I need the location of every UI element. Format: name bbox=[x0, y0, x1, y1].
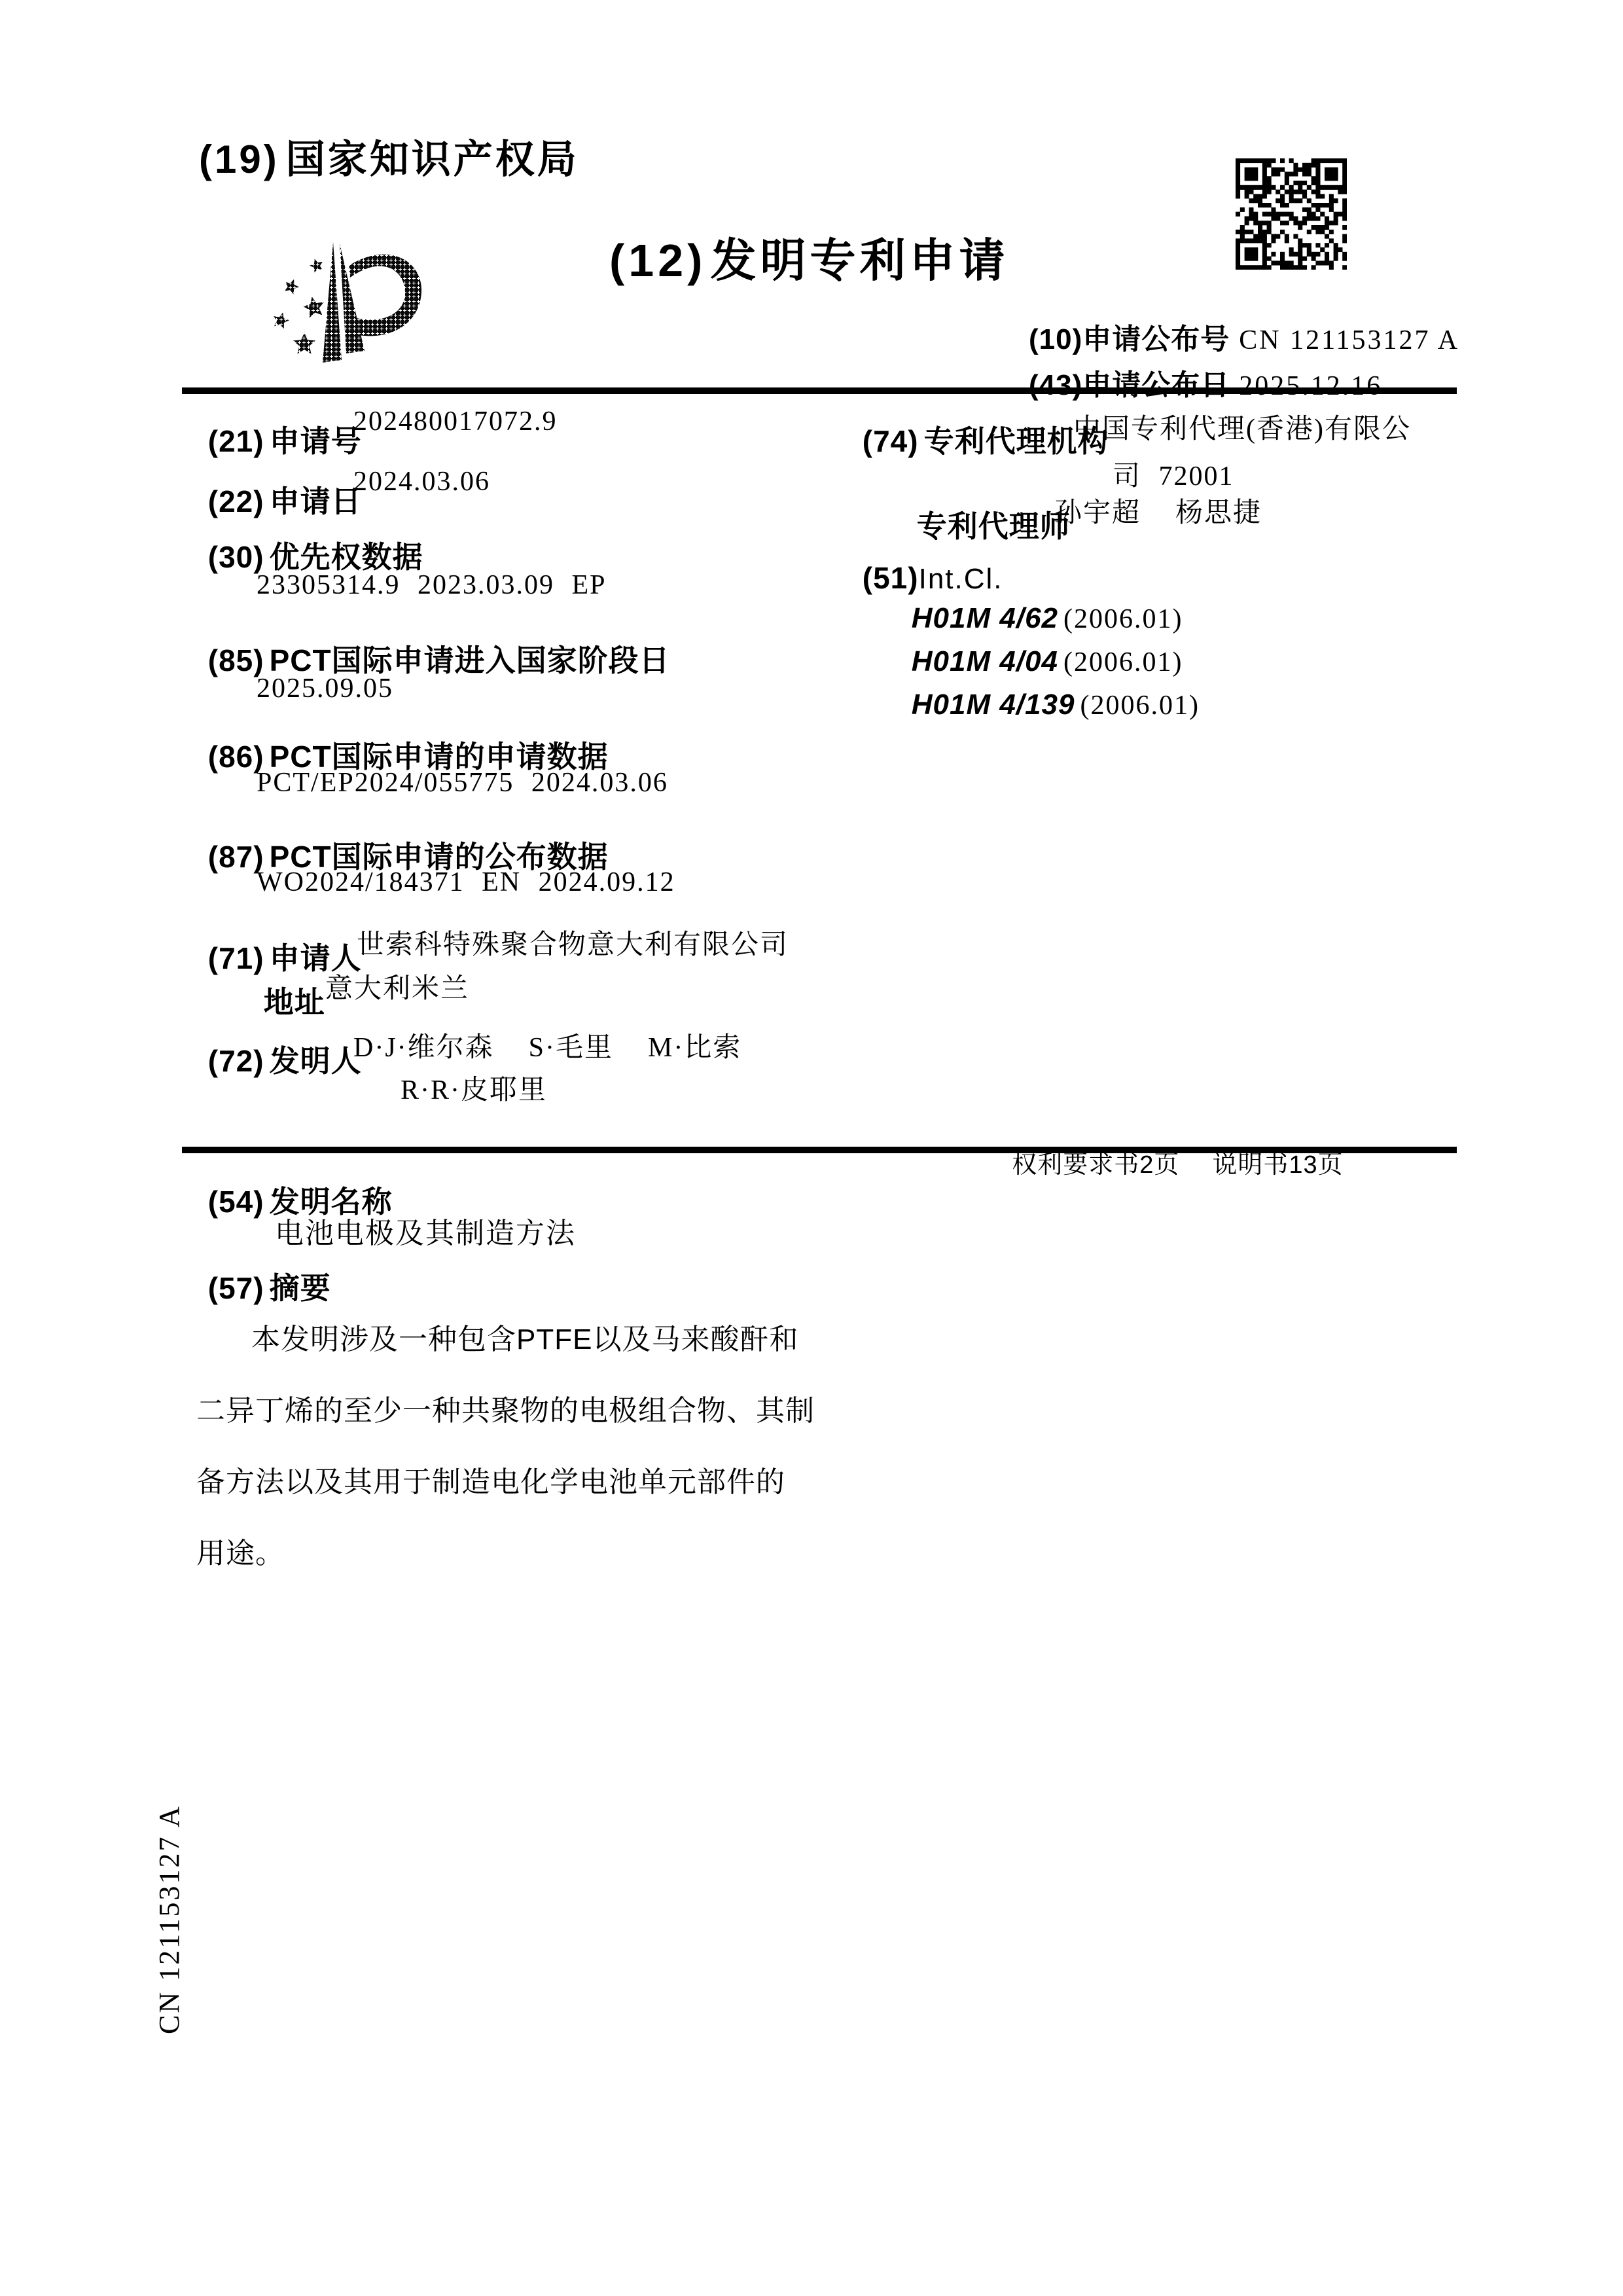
cnipa-logo bbox=[260, 216, 424, 394]
abstract-text: 本发明涉及一种包含PTFE以及马来酸酐和 二异丁烯的至少一种共聚物的电极组合物、… bbox=[196, 1292, 890, 1601]
pub-number-value: CN 121153127 A bbox=[1239, 325, 1459, 355]
field-87-value: WO2024/184371 EN 2024.09.12 bbox=[257, 867, 675, 898]
agent-label: 专利代理师 bbox=[917, 509, 1071, 543]
qr-code-graphic bbox=[1236, 158, 1347, 270]
field-22-code: (22) bbox=[208, 484, 264, 518]
claims-pages: 权利要求书2页 bbox=[1012, 1151, 1179, 1179]
abstract-line: 本发明涉及一种包含PTFE以及马来酸酐和 bbox=[196, 1316, 890, 1363]
field-21-code: (21) bbox=[208, 424, 264, 458]
address-label: 地址 bbox=[264, 985, 325, 1019]
abstract-line: 备方法以及其用于制造电化学电池单元部件的 bbox=[196, 1458, 890, 1506]
pub-number-label: (10)申请公布号 bbox=[1029, 323, 1230, 355]
int-cl-version: (2006.01) bbox=[1063, 604, 1183, 634]
field-72-label: 发明人 bbox=[270, 1044, 362, 1078]
applicant-name: 世索科特殊聚合物意大利有限公司 bbox=[357, 923, 789, 962]
description-pages: 说明书13页 bbox=[1212, 1151, 1343, 1179]
doc-kind-code: (12) bbox=[609, 235, 706, 286]
field-85-code: (85) bbox=[208, 643, 264, 677]
field-21-value: 202480017072.9 bbox=[353, 406, 558, 437]
int-cl-code: H01M 4/04 bbox=[912, 645, 1058, 677]
patent-front-page: (19)国家知识产权局 (12)发明专利申请 (10)申请公布号CN 12115… bbox=[0, 0, 1623, 2296]
field-21-label: 申请号 bbox=[270, 424, 362, 458]
int-cl-version: (2006.01) bbox=[1063, 647, 1183, 677]
field-87-code: (87) bbox=[208, 840, 264, 874]
inventors-line2: R·R·皮耶里 bbox=[401, 1068, 547, 1107]
header-divider bbox=[182, 387, 1457, 394]
abstract-line: 二异丁烯的至少一种共聚物的电极组合物、其制 bbox=[196, 1387, 890, 1435]
field-30-code: (30) bbox=[208, 540, 264, 574]
document-type-title: (12)发明专利申请 bbox=[609, 224, 1008, 290]
inventors-line1: D·J·维尔森 S·毛里 M·比索 bbox=[353, 1026, 741, 1065]
field-22-label: 申请日 bbox=[270, 484, 362, 518]
issuing-office: (19)国家知识产权局 bbox=[199, 128, 579, 185]
sidebar-document-id: CN 121153127 A bbox=[152, 1804, 186, 2034]
agency-name-line2: 司 72001 bbox=[1113, 461, 1234, 492]
int-cl-code: H01M 4/139 bbox=[912, 689, 1075, 721]
agent-names: 孙宇超 杨思捷 bbox=[1054, 491, 1262, 530]
office-kind-code: (19) bbox=[199, 137, 279, 181]
field-86-value: PCT/EP2024/055775 2024.03.06 bbox=[257, 767, 668, 798]
field-30-value: 23305314.9 2023.03.09 EP bbox=[257, 569, 607, 601]
body-divider bbox=[182, 1147, 1457, 1153]
int-cl-entry: H01M 4/139(2006.01) bbox=[900, 677, 1200, 733]
doc-kind-label: 发明专利申请 bbox=[710, 235, 1008, 286]
cnipa-logo-graphic bbox=[260, 240, 424, 370]
office-name: 国家知识产权局 bbox=[286, 137, 579, 181]
abstract-line: 用途。 bbox=[196, 1530, 890, 1577]
field-72-inventors: (72)发明人 D·J·维尔森 S·毛里 M·比索 bbox=[196, 1026, 362, 1104]
field-85-value: 2025.09.05 bbox=[257, 673, 393, 704]
qr-code bbox=[1236, 135, 1347, 293]
field-74-agency: (74)专利代理机构 中国专利代理(香港)有限公司 72001 bbox=[851, 406, 1109, 484]
field-86-code: (86) bbox=[208, 740, 264, 774]
pub-date-label: (43)申请公布日 bbox=[1029, 369, 1230, 401]
field-54-code: (54) bbox=[208, 1185, 264, 1219]
field-72-code: (72) bbox=[208, 1044, 264, 1078]
pub-date-value: 2025.12.16 bbox=[1239, 371, 1382, 401]
field-22-value: 2024.03.06 bbox=[353, 466, 490, 497]
agency-name-line1: 中国专利代理(香港)有限公 bbox=[1073, 414, 1411, 444]
publication-number-line: (10)申请公布号CN 121153127 A bbox=[1029, 315, 1459, 357]
address-value: 意大利米兰 bbox=[325, 967, 469, 1006]
pages-note: 权利要求书2页说明书13页 bbox=[982, 1116, 1344, 1208]
agency-name: 中国专利代理(香港)有限公司 72001 bbox=[1073, 406, 1531, 500]
field-74-code: (74) bbox=[863, 424, 919, 458]
int-cl-version: (2006.01) bbox=[1080, 691, 1199, 721]
invention-title: 电池电极及其制造方法 bbox=[275, 1210, 576, 1251]
int-cl-code: H01M 4/62 bbox=[912, 602, 1058, 634]
publication-date-line: (43)申请公布日2025.12.16 bbox=[1029, 361, 1382, 403]
